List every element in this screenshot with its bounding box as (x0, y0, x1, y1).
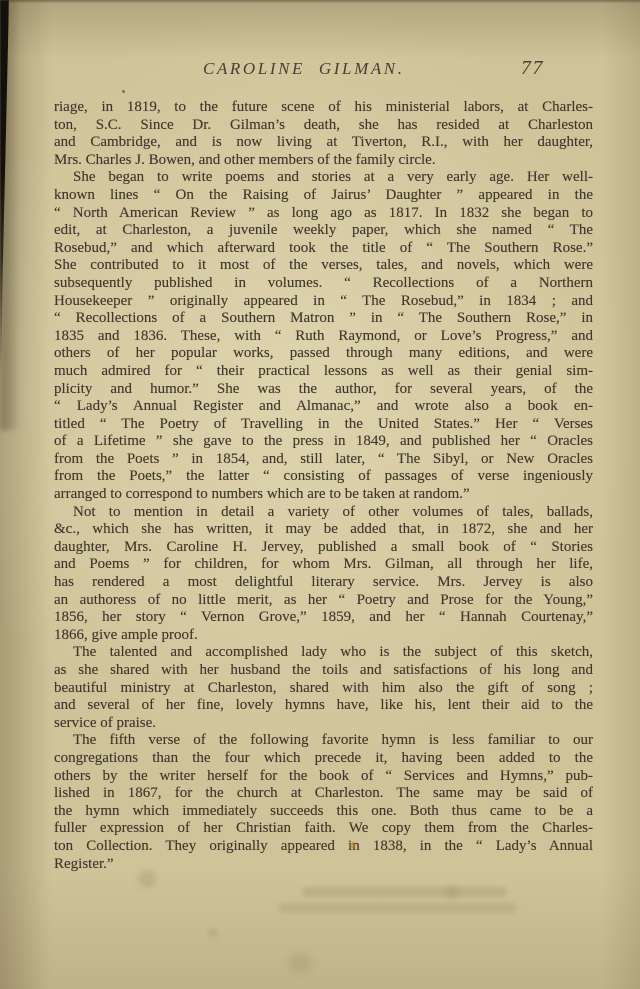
text-line: daughter, Mrs. Caroline H. Jervey, publi… (54, 539, 593, 557)
paper-stain (208, 928, 218, 938)
text-line: has rendered a most delightful literary … (54, 574, 593, 592)
text-line: “ Recollections of a Southern Matron ” i… (54, 310, 593, 328)
text-line: congregations than the four which preced… (54, 750, 593, 768)
bleed-through-text (279, 903, 517, 913)
text-line: and Poems ” for children, for whom Mrs. … (54, 556, 593, 574)
text-line: subsequently published in volumes. “ Rec… (54, 275, 593, 293)
text-line: known lines “ On the Raising of Jairus’ … (54, 187, 593, 205)
text-line: and several of her fine, lovely hymns ha… (54, 697, 593, 715)
text-line: others by the writer herself for the boo… (54, 768, 593, 786)
text-line: The talented and accomplished lady who i… (54, 644, 593, 662)
text-line: edit, at Charleston, a juvenile weekly p… (54, 222, 593, 240)
text-line: fuller expression of her Christian faith… (54, 820, 593, 838)
text-line: She contributed to it most of the verses… (54, 257, 593, 275)
text-line: ton, S.C. Since Dr. Gilman’s death, she … (54, 117, 593, 135)
paragraph: Not to mention in detail a variety of ot… (54, 504, 593, 645)
text-line: lished in 1867, for the church at Charle… (54, 785, 593, 803)
text-line: much admired for “ their practical lesso… (54, 363, 593, 381)
text-line: 1866, give ample proof. (54, 627, 593, 645)
running-title: CAROLINE GILMAN. (203, 59, 405, 79)
text-line: an authoress of no little merit, as her … (54, 592, 593, 610)
text-line: plicity and humor.” She was the author, … (54, 381, 593, 399)
paper-speck (122, 90, 125, 93)
page-number: 77 (521, 57, 544, 80)
text-line: &c., which she has written, it may be ad… (54, 521, 593, 539)
text-line: from the Poets ” in 1854, and, still lat… (54, 451, 593, 469)
text-line: Not to mention in detail a variety of ot… (54, 504, 593, 522)
text-line: titled “ The Poetry of Travelling in the… (54, 416, 593, 434)
text-line: 1835 and 1836. These, with “ Ruth Raymon… (54, 328, 593, 346)
text-line: from the Poets,” the latter “ consisting… (54, 468, 593, 486)
text-line: arranged to correspond to numbers which … (54, 486, 593, 504)
bleed-through-text (302, 887, 507, 897)
text-line: 1856, her story “ Vernon Grove,” 1859, a… (54, 609, 593, 627)
paragraph: She began to write poems and stories at … (54, 169, 593, 503)
text-line: riage, in 1819, to the future scene of h… (54, 99, 593, 117)
paragraph: The talented and accomplished lady who i… (54, 644, 593, 732)
page-top-edge-shadow (0, 0, 640, 3)
book-page: CAROLINE GILMAN. 77 riage, in 1819, to t… (0, 0, 640, 989)
text-line: beautiful ministry at Charleston, shared… (54, 680, 593, 698)
text-line: Register.” (54, 856, 593, 874)
text-line: service of praise. (54, 715, 593, 733)
paragraph: The fifth verse of the following favorit… (54, 732, 593, 873)
book-gutter-shadow (0, 0, 9, 372)
text-block: riage, in 1819, to the future scene of h… (54, 99, 593, 873)
text-line: of a Lifetime ” she gave to the press in… (54, 433, 593, 451)
paper-stain (288, 952, 312, 974)
text-line: The fifth verse of the following favorit… (54, 732, 593, 750)
text-line: Rosebud,” and which afterward took the t… (54, 240, 593, 258)
text-line: “ Lady’s Annual Register and Almanac,” a… (54, 398, 593, 416)
paragraph: riage, in 1819, to the future scene of h… (54, 99, 593, 169)
text-line: and Cambridge, and is now living at Tive… (54, 134, 593, 152)
text-line: others of her popular works, passed thro… (54, 345, 593, 363)
text-line: She began to write poems and stories at … (54, 169, 593, 187)
text-line: Housekeeper ” originally appeared in “ T… (54, 293, 593, 311)
text-line: the hymn which immediately succeeds this… (54, 803, 593, 821)
text-line: ton Collection. They originally appeared… (54, 838, 593, 856)
text-line: “ North American Review ” as long ago as… (54, 205, 593, 223)
text-line: Mrs. Charles J. Bowen, and other members… (54, 152, 593, 170)
text-line: as she shared with her husband the toils… (54, 662, 593, 680)
